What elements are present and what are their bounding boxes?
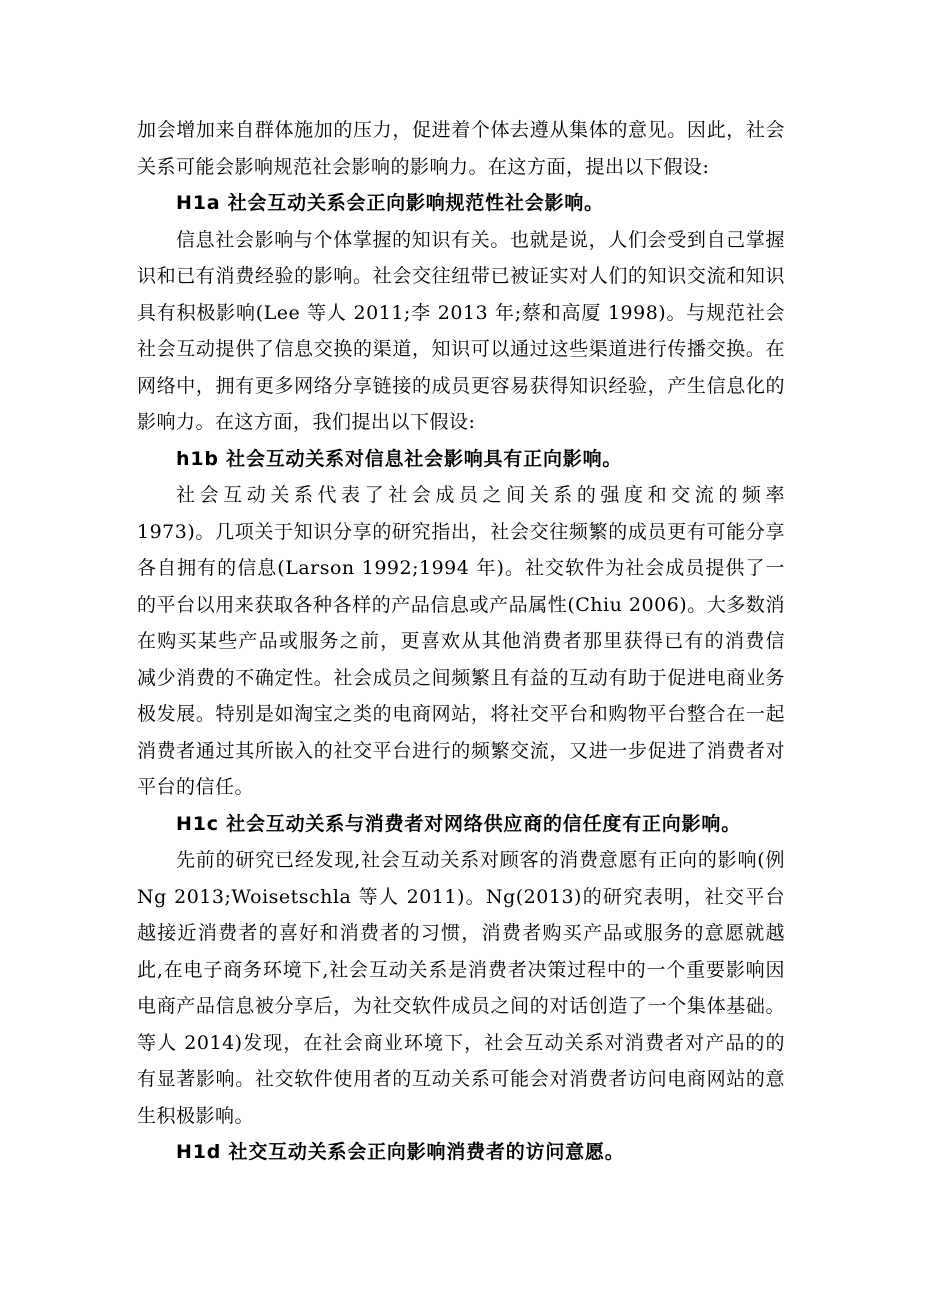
document-line: 极发展。特别是如淘宝之类的电商网站，将社交平台和购物平台整合在一起后， [137,696,785,733]
document-line: 电商产品信息被分享后，为社交软件成员之间的对话创造了一个集体基础。(雯 [137,988,785,1025]
document-body: 加会增加来自群体施加的压力，促进着个体去遵从集体的意见。因此，社会互动关系可能会… [137,112,785,1171]
document-line: 的平台以用来获取各种各样的产品信息或产品属性(Chiu 2006)。大多数消费者 [137,587,785,624]
document-line: 社会互动关系代表了社会成员之间关系的强度和交流的频率(Granovetter [137,477,785,514]
document-line: 此,在电子商务环境下,社会互动关系是消费者决策过程中的一个重要影响因素。 [137,952,785,989]
document-line: 消费者通过其所嵌入的社交平台进行的频繁交流，又进一步促进了消费者对电商 [137,733,785,770]
hypothesis-heading: H1d 社交互动关系会正向影响消费者的访问意愿。 [137,1134,785,1171]
document-line: 各自拥有的信息(Larson 1992;1994 年)。社交软件为社会成员提供了… [137,550,785,587]
document-line: 在购买某些产品或服务之前，更喜欢从其他消费者那里获得已有的消费信息，以 [137,623,785,660]
hypothesis-heading: H1c 社会互动关系与消费者对网络供应商的信任度有正向影响。 [137,806,785,843]
document-line: 等人 2014)发现，在社会商业环境下，社会互动关系对消费者对产品的的忠诚度 [137,1025,785,1062]
document-line: 社会互动提供了信息交换的渠道，知识可以通过这些渠道进行传播交换。在社交 [137,331,785,368]
document-line: Ng 2013;Woisetschla 等人 2011)。Ng(2013)的研究… [137,879,785,916]
document-line: 影响力。在这方面，我们提出以下假设: [137,404,785,441]
document-line: 平台的信任。 [137,769,785,806]
document-line: 1973)。几项关于知识分享的研究指出，社会交往频繁的成员更有可能分享他们 [137,514,785,551]
document-page: 加会增加来自群体施加的压力，促进着个体去遵从集体的意见。因此，社会互动关系可能会… [0,0,926,1309]
document-line: 具有积极影响(Lee 等人 2011;李 2013 年;蔡和高厦 1998)。与… [137,295,785,332]
document-line: 信息社会影响与个体掌握的知识有关。也就是说，人们会受到自己掌握的知 [137,222,785,259]
hypothesis-heading: H1a 社会互动关系会正向影响规范性社会影响。 [137,185,785,222]
document-line: 先前的研究已经发现,社会互动关系对顾客的消费意愿有正向的影响(例如， [137,842,785,879]
document-line: 减少消费的不确定性。社会成员之间频繁且有益的互动有助于促进电商业务的积 [137,660,785,697]
document-line: 网络中，拥有更多网络分享链接的成员更容易获得知识经验，产生信息化的社会 [137,368,785,405]
hypothesis-heading: h1b 社会互动关系对信息社会影响具有正向影响。 [137,441,785,478]
document-line: 生积极影响。 [137,1098,785,1135]
document-line: 识和已有消费经验的影响。社会交往纽带已被证实对人们的知识交流和知识共享 [137,258,785,295]
document-line: 关系可能会影响规范社会影响的影响力。在这方面，提出以下假设: [137,149,785,186]
document-line: 加会增加来自群体施加的压力，促进着个体去遵从集体的意见。因此，社会互动 [137,112,785,149]
document-line: 有显著影响。社交软件使用者的互动关系可能会对消费者访问电商网站的意愿产 [137,1061,785,1098]
document-line: 越接近消费者的喜好和消费者的习惯，消费者购买产品或服务的意愿就越大。因 [137,915,785,952]
